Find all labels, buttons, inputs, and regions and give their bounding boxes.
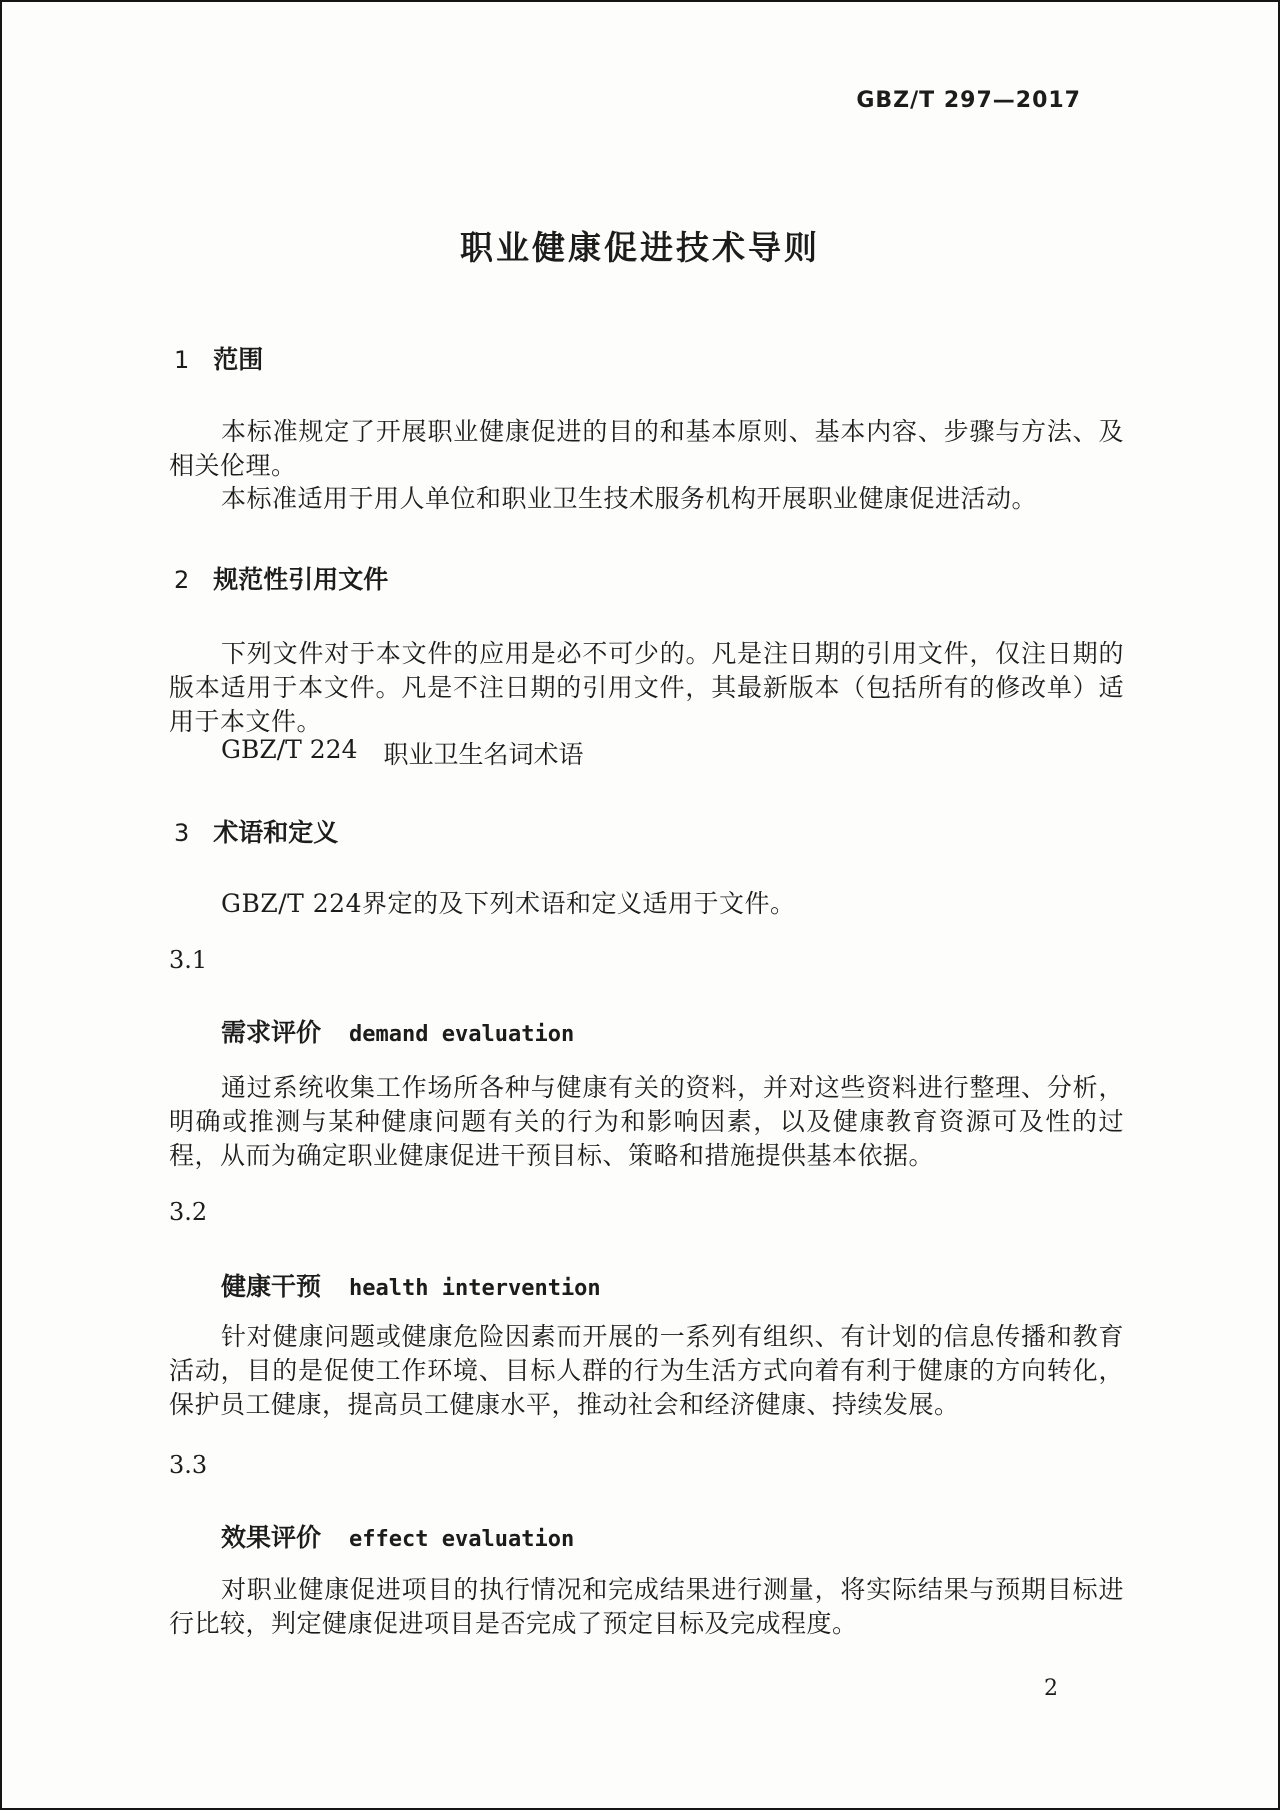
normative-reference: GBZ/T 224 职业卫生名词术语 bbox=[221, 735, 584, 771]
term-3-2-english: health intervention bbox=[349, 1276, 601, 1301]
standard-code-header: GBZ/T 297—2017 bbox=[2, 88, 1081, 113]
section-1-paragraph-2: 本标准适用于用人单位和职业卫生技术服务机构开展职业健康促进活动。 bbox=[169, 482, 1124, 516]
term-3-2: 健康干预 health intervention bbox=[221, 1267, 601, 1303]
page-number: 2 bbox=[1044, 1676, 1058, 1701]
term-3-1-definition: 通过系统收集工作场所各种与健康有关的资料，并对这些资料进行整理、分析，明确或推测… bbox=[169, 1071, 1124, 1173]
clause-3-3-number: 3.3 bbox=[169, 1451, 207, 1479]
section-2-heading: 2 规范性引用文件 bbox=[174, 560, 388, 596]
section-1-paragraph-1: 本标准规定了开展职业健康促进的目的和基本原则、基本内容、步骤与方法、及相关伦理。 bbox=[169, 415, 1124, 483]
clause-3-2-number: 3.2 bbox=[169, 1198, 207, 1226]
section-2-number: 2 bbox=[174, 566, 189, 594]
section-2-title: 规范性引用文件 bbox=[213, 560, 388, 596]
term-3-3-english: effect evaluation bbox=[349, 1527, 574, 1552]
section-1-heading: 1 范围 bbox=[174, 340, 263, 376]
term-3-3-definition: 对职业健康促进项目的执行情况和完成结果进行测量，将实际结果与预期目标进行比较，判… bbox=[169, 1573, 1124, 1641]
term-3-2-chinese: 健康干预 bbox=[221, 1267, 321, 1303]
document-title: 职业健康促进技术导则 bbox=[2, 222, 1278, 269]
section-1-number: 1 bbox=[174, 346, 189, 374]
term-3-3-chinese: 效果评价 bbox=[221, 1518, 321, 1554]
clause-3-1-number: 3.1 bbox=[169, 946, 207, 974]
reference-title: 职业卫生名词术语 bbox=[383, 735, 583, 771]
section-2-paragraph-1: 下列文件对于本文件的应用是必不可少的。凡是注日期的引用文件，仅注日期的版本适用于… bbox=[169, 637, 1124, 739]
section-3-title: 术语和定义 bbox=[213, 813, 338, 849]
term-3-2-definition: 针对健康问题或健康危险因素而开展的一系列有组织、有计划的信息传播和教育活动，目的… bbox=[169, 1320, 1124, 1422]
term-3-1: 需求评价 demand evaluation bbox=[221, 1013, 574, 1049]
reference-code: GBZ/T 224 bbox=[221, 735, 357, 771]
term-3-1-english: demand evaluation bbox=[349, 1022, 574, 1047]
section-3-paragraph-1: GBZ/T 224界定的及下列术语和定义适用于文件。 bbox=[169, 887, 1124, 921]
section-3-number: 3 bbox=[174, 819, 189, 847]
section-1-title: 范围 bbox=[213, 340, 263, 376]
term-3-3: 效果评价 effect evaluation bbox=[221, 1518, 574, 1554]
document-page: GBZ/T 297—2017 职业健康促进技术导则 1 范围 本标准规定了开展职… bbox=[0, 0, 1280, 1810]
term-3-1-chinese: 需求评价 bbox=[221, 1013, 321, 1049]
section-3-heading: 3 术语和定义 bbox=[174, 813, 338, 849]
